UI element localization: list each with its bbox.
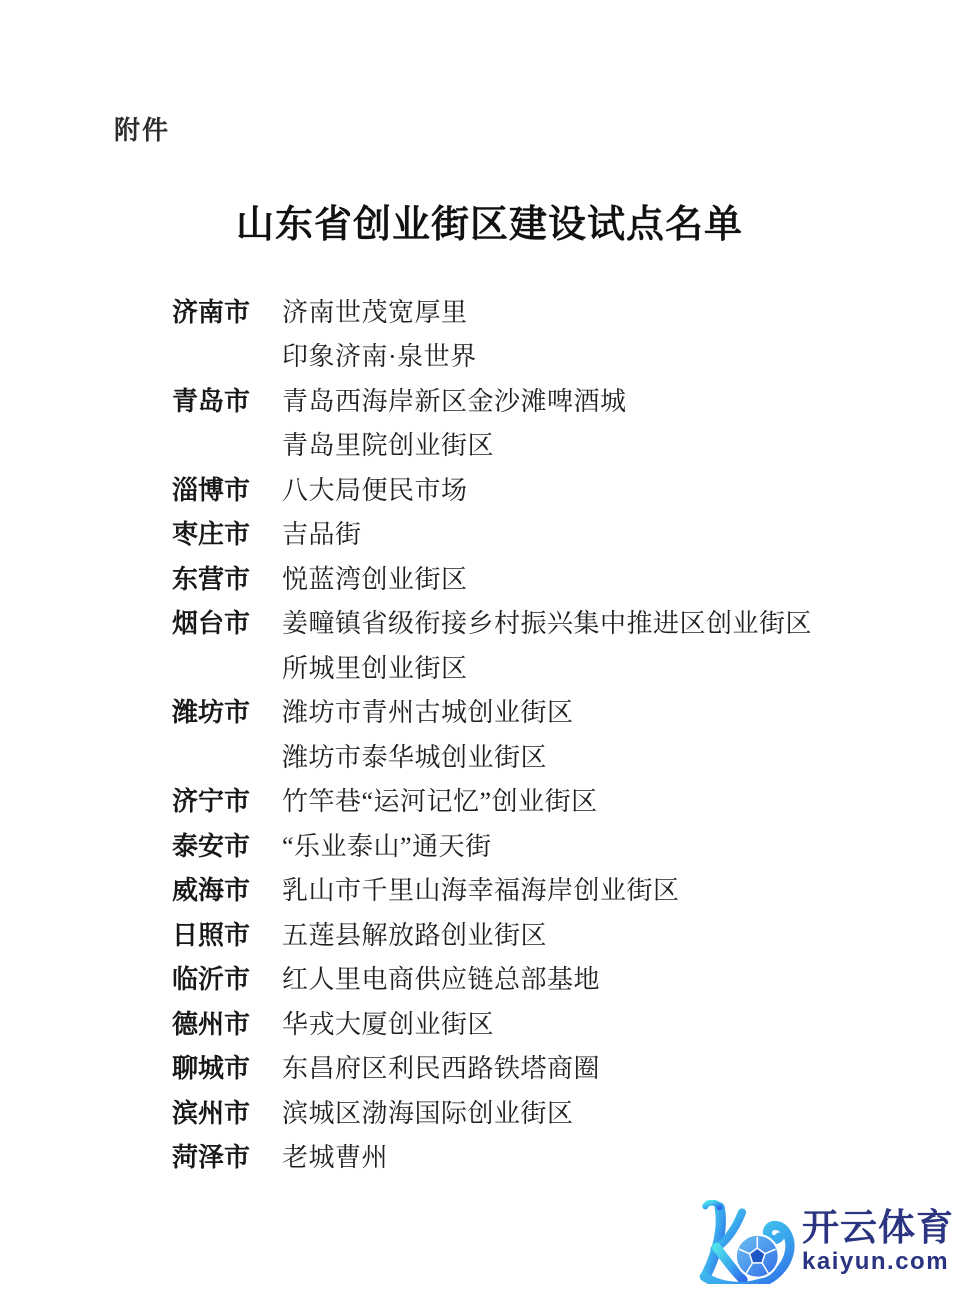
list-row: 潍坊市泰华城创业街区 [172,733,892,778]
city-name: 泰安市 [172,826,282,863]
street-name: 青岛西海岸新区金沙滩啤酒城 [282,381,627,418]
city-name: 淄博市 [172,470,282,507]
document-page: 附件 山东省创业街区建设试点名单 济南市 济南世茂宽厚里 印象济南·泉世界 青岛… [0,0,979,1300]
city-name: 德州市 [172,1004,282,1041]
street-name: 东昌府区利民西路铁塔商圈 [282,1048,600,1085]
street-name: 乳山市千里山海幸福海岸创业街区 [282,870,680,907]
list-row: 青岛市 青岛西海岸新区金沙滩啤酒城 [172,377,892,422]
list-row: 潍坊市 潍坊市青州古城创业街区 [172,689,892,734]
city-name: 临沂市 [172,959,282,996]
street-name: 悦蓝湾创业街区 [282,559,468,596]
list-row: 菏泽市 老城曹州 [172,1134,892,1179]
street-name: 印象济南·泉世界 [282,336,477,373]
city-name: 济南市 [172,292,282,329]
city-name: 东营市 [172,559,282,596]
street-name: 所城里创业街区 [282,648,468,685]
kaiyun-logo[interactable]: 开云体育 kaiyun.com [690,1200,954,1284]
list-row: 济南市 济南世茂宽厚里 [172,288,892,333]
street-name: 潍坊市青州古城创业街区 [282,692,574,729]
list-row: 聊城市 东昌府区利民西路铁塔商圈 [172,1045,892,1090]
street-name: “乐业泰山”通天街 [282,826,492,863]
city-name: 滨州市 [172,1093,282,1130]
list-row: 济宁市 竹竿巷“运河记忆”创业街区 [172,778,892,823]
city-name: 青岛市 [172,381,282,418]
city-name: 日照市 [172,915,282,952]
city-name: 潍坊市 [172,692,282,729]
street-name: 滨城区渤海国际创业街区 [282,1093,574,1130]
street-name: 济南世茂宽厚里 [282,292,468,329]
page-title: 山东省创业街区建设试点名单 [0,193,979,248]
street-name: 姜疃镇省级衔接乡村振兴集中推进区创业街区 [282,603,812,640]
list-row: 烟台市 姜疃镇省级衔接乡村振兴集中推进区创业街区 [172,600,892,645]
list-row: 印象济南·泉世界 [172,333,892,378]
list-row: 临沂市 红人里电商供应链总部基地 [172,956,892,1001]
kaiyun-logo-text: 开云体育 kaiyun.com [802,1208,954,1276]
list-row: 威海市 乳山市千里山海幸福海岸创业街区 [172,867,892,912]
logo-brand-name: 开云体育 [802,1208,954,1248]
attachment-label: 附件 [114,110,170,147]
list-row: 枣庄市 吉品街 [172,511,892,556]
city-name: 枣庄市 [172,514,282,551]
city-name: 威海市 [172,870,282,907]
city-name: 济宁市 [172,781,282,818]
logo-domain: kaiyun.com [802,1248,949,1276]
street-name: 五莲县解放路创业街区 [282,915,547,952]
list-row: 所城里创业街区 [172,644,892,689]
list-row: 青岛里院创业街区 [172,422,892,467]
city-name: 菏泽市 [172,1137,282,1174]
street-name: 八大局便民市场 [282,470,468,507]
city-name: 聊城市 [172,1048,282,1085]
list-row: 泰安市 “乐业泰山”通天街 [172,822,892,867]
kaiyun-soccer-ball-icon [690,1200,796,1284]
pilot-list: 济南市 济南世茂宽厚里 印象济南·泉世界 青岛市 青岛西海岸新区金沙滩啤酒城 青… [172,288,892,1178]
street-name: 红人里电商供应链总部基地 [282,959,600,996]
list-row: 东营市 悦蓝湾创业街区 [172,555,892,600]
list-row: 滨州市 滨城区渤海国际创业街区 [172,1089,892,1134]
street-name: 老城曹州 [282,1137,388,1174]
street-name: 青岛里院创业街区 [282,425,494,462]
list-row: 德州市 华戎大厦创业街区 [172,1000,892,1045]
street-name: 吉品街 [282,514,362,551]
list-row: 日照市 五莲县解放路创业街区 [172,911,892,956]
street-name: 华戎大厦创业街区 [282,1004,494,1041]
street-name: 潍坊市泰华城创业街区 [282,737,547,774]
street-name: 竹竿巷“运河记忆”创业街区 [282,781,598,818]
city-name: 烟台市 [172,603,282,640]
list-row: 淄博市 八大局便民市场 [172,466,892,511]
